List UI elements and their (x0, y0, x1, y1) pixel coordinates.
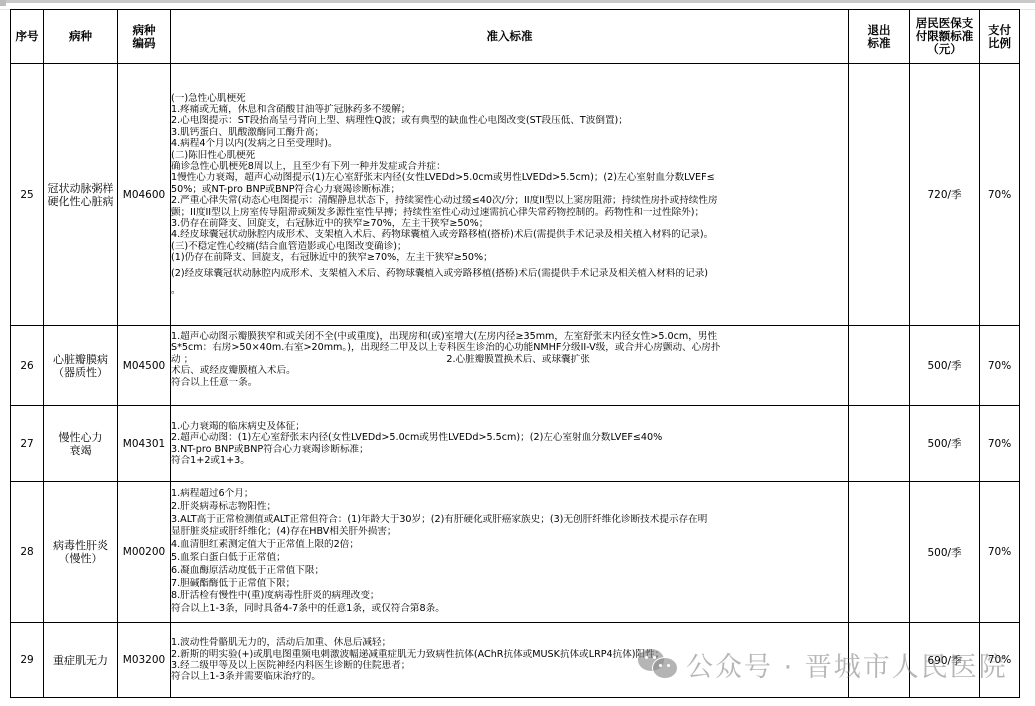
criteria-line: 1.心力衰竭的临床病史及体征； (171, 421, 848, 432)
row-exit (849, 482, 910, 623)
criteria-line: 3.肌钙蛋白、肌酸激酶同工酶升高； (171, 127, 848, 138)
header-disease: 病种 (44, 10, 118, 64)
row-criteria: 1.超声心动图示瓣膜狭窄和或关闭不全(中或重度)，出现房和(或)室增大(左房内径… (171, 326, 849, 406)
header-exit: 退出标准 (849, 10, 910, 64)
row-disease: 冠状动脉粥样硬化性心脏病 (44, 64, 118, 326)
header-criteria: 准入标准 (171, 10, 849, 64)
table-row: 28 病毒性肝炎（慢性） M00200 1.病程超过6个月； 2.肝炎病毒标志物… (11, 482, 1020, 623)
row-ratio: 70% (980, 64, 1020, 326)
criteria-line: 3.经二级甲等及以上医院神经内科医生诊断的住院患者； (171, 660, 848, 671)
table-row: 29 重症肌无力 M03200 1.波动性骨骼肌无力的，活动后加重、休息后减轻；… (11, 623, 1020, 698)
criteria-line: 符合1+2或1+3。 (171, 455, 848, 466)
criteria-line: 动 ； 2.心脏瓣膜置换术后、或球囊扩张 (171, 354, 848, 365)
criteria-line: 4.病程4个月以内(发病之日至受理时)。 (171, 138, 848, 149)
row-limit: 500/季 (910, 406, 980, 482)
criteria-line: 显肝脏炎症或肝纤维化；(4)存在HBV相关肝外损害； (171, 526, 848, 539)
criteria-line: 确诊急性心肌梗死8周以上，且至少有下列一种并发症或合并症： (171, 161, 848, 172)
criteria-line: 1.波动性骨骼肌无力的，活动后加重、休息后减轻； (171, 637, 848, 648)
criteria-line: 6.凝血酶原活动度低于正常值下限； (171, 565, 848, 578)
criteria-line: 。 (171, 285, 848, 296)
row-exit (849, 326, 910, 406)
header-seq: 序号 (11, 10, 44, 64)
row-ratio: 70% (980, 406, 1020, 482)
criteria-line: (1)仍存在前降支、回旋支，右冠脉近中的狭窄≥70%，左主干狭窄≥50%； (171, 252, 848, 263)
row-seq: 29 (11, 623, 44, 698)
criteria-line: 3.ALT高于正常检测值或ALT正常但符合：(1)年龄大于30岁；(2)有肝硬化… (171, 514, 848, 527)
row-seq: 27 (11, 406, 44, 482)
table-row: 25 冠状动脉粥样硬化性心脏病 M04600 (一)急性心肌梗死 1.疼痛或无痛… (11, 64, 1020, 326)
row-disease: 心脏瓣膜病（器质性） (44, 326, 118, 406)
criteria-line: 4.血清胆红素测定值大于正常值上限的2倍； (171, 539, 848, 552)
row-criteria: 1.波动性骨骼肌无力的，活动后加重、休息后减轻； 2.新斯的明实验(+)或肌电图… (171, 623, 849, 698)
criteria-line: 2.超声心动图：(1)左心室舒张末内径(女性LVEDd>5.0cm或男性LVED… (171, 432, 848, 443)
criteria-line: (2)经皮球囊冠状动脉腔内成形术、支架植入术后、药物球囊植入或旁路移植(搭桥)术… (171, 268, 848, 279)
row-ratio: 70% (980, 482, 1020, 623)
criteria-line: 8.肝活检有慢性中(重)度病毒性肝炎的病理改变； (171, 590, 848, 603)
criteria-line: 颤；II度II型以上房室传导阻滞或频发多源性室性早搏；持续性室性心动过速需抗心律… (171, 207, 848, 218)
row-limit: 500/季 (910, 482, 980, 623)
row-code: M04301 (118, 406, 171, 482)
row-ratio: 70% (980, 326, 1020, 406)
row-criteria: 1.心力衰竭的临床病史及体征； 2.超声心动图：(1)左心室舒张末内径(女性LV… (171, 406, 849, 482)
row-exit (849, 64, 910, 326)
criteria-line: 符合以上1-3条并需要临床治疗的。 (171, 671, 848, 682)
row-limit: 690/季 (910, 623, 980, 698)
row-limit: 720/季 (910, 64, 980, 326)
criteria-line: 符合以上任意一条。 (171, 377, 848, 388)
criteria-line: 5.血浆白蛋白低于正常值； (171, 552, 848, 565)
row-criteria: 1.病程超过6个月； 2.肝炎病毒标志物阳性； 3.ALT高于正常检测值或ALT… (171, 482, 849, 623)
criteria-line: (一)急性心肌梗死 (171, 93, 848, 104)
criteria-line: 1慢性心力衰竭，超声心动图提示(1)左心室舒张末内径(女性LVEDd>5.0cm… (171, 172, 848, 183)
row-code: M04500 (118, 326, 171, 406)
criteria-line: 2.心电图提示：ST段抬高呈弓背向上型、病理性Q波；或有典型的缺血性心电图改变(… (171, 115, 848, 126)
row-seq: 25 (11, 64, 44, 326)
row-ratio: 70% (980, 623, 1020, 698)
insurance-disease-table: 序号 病种 病种编码 准入标准 退出标准 居民医保支付限额标准（元） 支付比例 … (10, 9, 1020, 698)
table-row: 26 心脏瓣膜病（器质性） M04500 1.超声心动图示瓣膜狭窄和或关闭不全(… (11, 326, 1020, 406)
row-code: M03200 (118, 623, 171, 698)
row-exit (849, 406, 910, 482)
criteria-line: 符合以上1-3条，同时具备4-7条中的任意1条，或仅符合第8条。 (171, 603, 848, 616)
criteria-line: 2.肝炎病毒标志物阳性； (171, 501, 848, 514)
header-code: 病种编码 (118, 10, 171, 64)
criteria-line: (三)不稳定性心绞痛(结合血管造影或心电图改变确诊)； (171, 241, 848, 252)
header-row: 序号 病种 病种编码 准入标准 退出标准 居民医保支付限额标准（元） 支付比例 (11, 10, 1020, 64)
table-row: 27 慢性心力衰竭 M04301 1.心力衰竭的临床病史及体征； 2.超声心动图… (11, 406, 1020, 482)
header-ratio: 支付比例 (980, 10, 1020, 64)
criteria-line: 1.病程超过6个月； (171, 488, 848, 501)
row-disease: 重症肌无力 (44, 623, 118, 698)
row-code: M04600 (118, 64, 171, 326)
row-exit (849, 623, 910, 698)
row-criteria: (一)急性心肌梗死 1.疼痛或无痛，休息和含硝酸甘油等扩冠脉药多不缓解； 2.心… (171, 64, 849, 326)
criteria-line: 1.超声心动图示瓣膜狭窄和或关闭不全(中或重度)，出现房和(或)室增大(左房内径… (171, 331, 848, 342)
corner-handle (0, 0, 6, 6)
row-seq: 26 (11, 326, 44, 406)
criteria-line: 50%；或NT-pro BNP或BNP符合心力衰竭诊断标准； (171, 184, 848, 195)
row-disease: 病毒性肝炎（慢性） (44, 482, 118, 623)
row-limit: 500/季 (910, 326, 980, 406)
criteria-line: S*5cm：右房>50×40m.右室>20mm。)，出现经二甲及以上专科医生诊治… (171, 342, 848, 353)
row-code: M00200 (118, 482, 171, 623)
row-seq: 28 (11, 482, 44, 623)
criteria-line: 1.疼痛或无痛，休息和含硝酸甘油等扩冠脉药多不缓解； (171, 104, 848, 115)
criteria-line: 4.经皮球囊冠状动脉腔内成形术、支架植入术后、药物球囊植入或旁路移植(搭桥)术后… (171, 229, 848, 240)
header-limit: 居民医保支付限额标准（元） (910, 10, 980, 64)
criteria-line: 2.新斯的明实验(+)或肌电图重频电刺激波幅递减重症肌无力致病性抗体(AChR抗… (171, 649, 848, 660)
criteria-line: (二)陈旧性心肌梗死 (171, 150, 848, 161)
criteria-line: 3.NT-pro BNP或BNP符合心力衰竭诊断标准； (171, 444, 848, 455)
criteria-line: 术后、或经皮瓣膜植入术后。 (171, 365, 848, 376)
row-disease: 慢性心力衰竭 (44, 406, 118, 482)
criteria-line: 3.仍存在前降支、回旋支，右冠脉近中的狭窄≥70%，左主干狭窄≥50%； (171, 218, 848, 229)
criteria-line: 7.胆碱酯酶低于正常值下限； (171, 578, 848, 591)
criteria-line: 2.严重心律失常(动态心电图提示：清醒静息状态下，持续窦性心动过缓≤40次/分；… (171, 195, 848, 206)
